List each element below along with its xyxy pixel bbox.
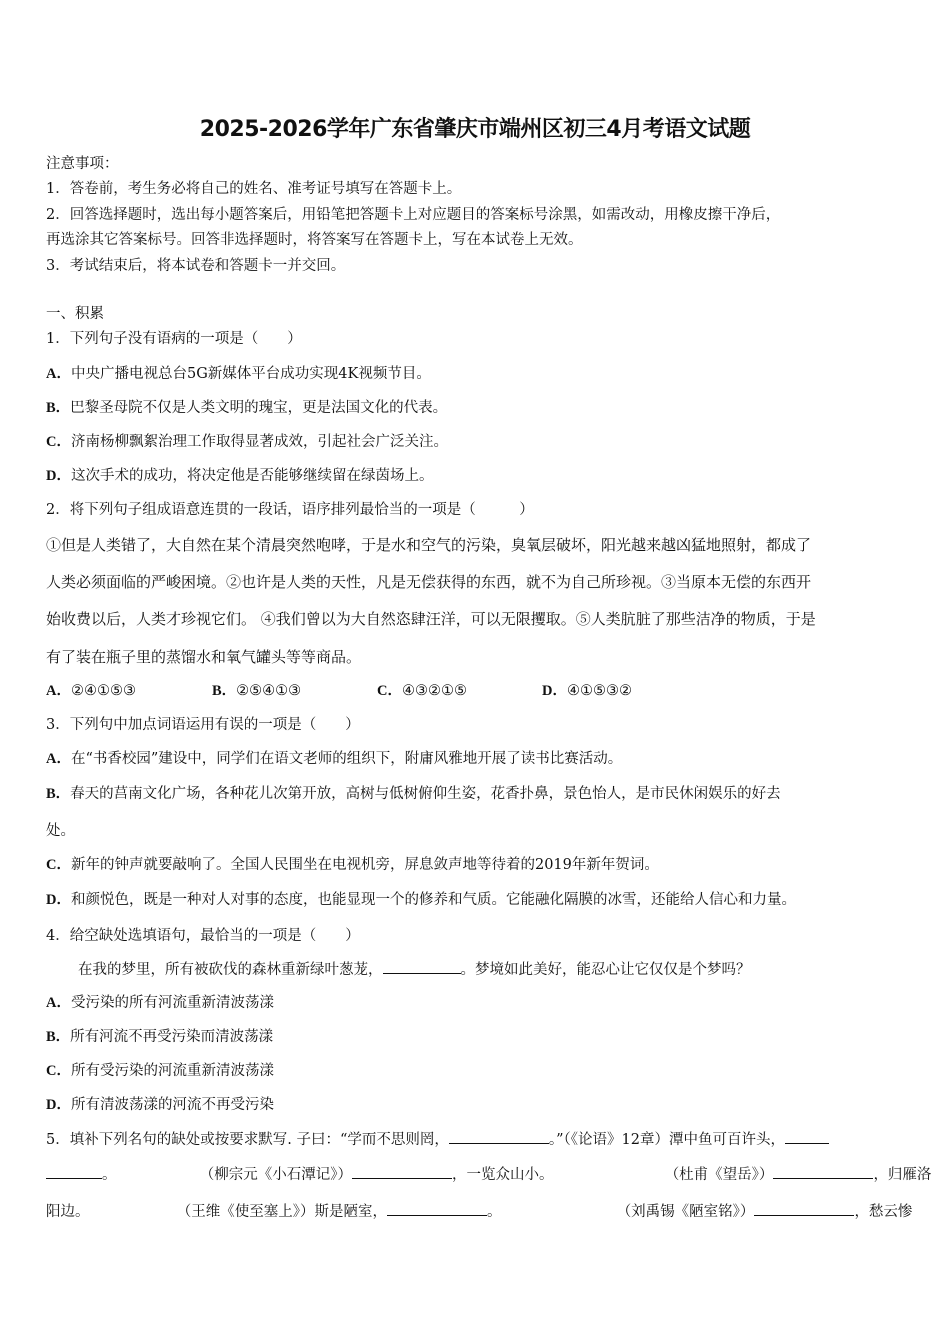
q4-option-b: B．所有河流不再受污染而清波荡漾 xyxy=(46,1025,273,1046)
q4-option-d: D．所有清波荡漾的河流不再受污染 xyxy=(46,1093,274,1114)
q4-blank xyxy=(383,959,461,974)
question-3-stem: 3．下列句中加点词语运用有误的一项是（ ） xyxy=(46,713,360,734)
q1-option-c: C．济南杨柳飘絮治理工作取得显著成效，引起社会广泛关注。 xyxy=(46,430,448,451)
notice-item: 3．考试结束后，将本试卷和答题卡一并交回。 xyxy=(46,254,345,275)
q5-blank xyxy=(46,1164,102,1179)
q2-option-b: B．②⑤④①③ xyxy=(212,679,301,700)
question-4-stem: 4．给空缺处选填语句，最恰当的一项是（ ） xyxy=(46,924,360,945)
q2-option-a: A．②④①⑤③ xyxy=(46,679,136,700)
q2-passage-line: 人类必须面临的严峻困境。②也许是人类的天性，凡是无偿获得的东西，就不为自己所珍视… xyxy=(46,571,811,592)
notice-item: 2．回答选择题时，选出每小题答案后，用铅笔把答题卡上对应题目的答案标号涂黑，如需… xyxy=(46,203,780,224)
question-5-line-3: 阳边。 （王维《使至塞上》）斯是陋室，。 （刘禹锡《陋室铭》），愁云惨 xyxy=(46,1200,912,1221)
notice-item: 再选涂其它答案标号。回答非选择题时，将答案写在答题卡上，写在本试卷上无效。 xyxy=(46,228,583,249)
q1-option-a: A．中央广播电视总台5G新媒体平台成功实现4K视频节目。 xyxy=(46,362,431,383)
q3-option-c: C．新年的钟声就要敲响了。全国人民围坐在电视机旁，屏息敛声地等待着的2019年新… xyxy=(46,853,659,874)
question-5-line-1: 5．填补下列名句的缺处或按要求默写. 子曰：“学而不思则罔，。”（《论语》12章… xyxy=(46,1128,829,1149)
question-5-line-2: 。 （柳宗元《小石潭记》），一览众山小。 （杜甫《望岳》），归雁洛 xyxy=(46,1163,931,1184)
q2-option-c: C．④③②①⑤ xyxy=(377,679,467,700)
q4-option-a: A．受污染的所有河流重新清波荡漾 xyxy=(46,991,274,1012)
q3-option-d: D．和颜悦色，既是一种对人对事的态度，也能显现一个的修养和气质。它能融化隔膜的冰… xyxy=(46,888,796,909)
q5-blank xyxy=(773,1164,873,1179)
q4-passage: 在我的梦里，所有被砍伐的森林重新绿叶葱茏，。梦境如此美好，能忍心让它仅仅是个梦吗… xyxy=(78,958,751,979)
section-heading: 一、积累 xyxy=(46,302,104,323)
q5-blank xyxy=(449,1129,549,1144)
q3-option-b-continued: 处。 xyxy=(46,819,75,840)
q5-blank xyxy=(785,1129,829,1144)
page-title: 2025-2026学年广东省肇庆市端州区初三4月考语文试题 xyxy=(0,112,950,143)
notice-heading: 注意事项： xyxy=(46,152,119,173)
notice-item: 1．答卷前，考生务必将自己的姓名、准考证号填写在答题卡上。 xyxy=(46,177,461,198)
q3-option-a: A．在“书香校园”建设中，同学们在语文老师的组织下，附庸风雅地开展了读书比赛活动… xyxy=(46,747,622,768)
q2-passage-line: 始收费以后，人类才珍视它们。 ④我们曾以为大自然恣肆汪洋，可以无限攫取。⑤人类肮… xyxy=(46,608,816,629)
question-2-stem: 2．将下列句子组成语意连贯的一段话，语序排列最恰当的一项是（ ） xyxy=(46,498,534,519)
q2-passage-line: ①但是人类错了，大自然在某个清晨突然咆哮，于是水和空气的污染，臭氧层破坏，阳光越… xyxy=(46,534,811,555)
q1-option-b: B．巴黎圣母院不仅是人类文明的瑰宝，更是法国文化的代表。 xyxy=(46,396,447,417)
q5-blank xyxy=(352,1164,452,1179)
question-1-stem: 1．下列句子没有语病的一项是（ ） xyxy=(46,327,302,348)
q2-option-d: D．④①⑤③② xyxy=(542,679,632,700)
q4-option-c: C．所有受污染的河流重新清波荡漾 xyxy=(46,1059,274,1080)
q5-blank xyxy=(387,1201,487,1216)
q2-passage-line: 有了装在瓶子里的蒸馏水和氧气罐头等等商品。 xyxy=(46,646,361,667)
q3-option-b: B．春天的莒南文化广场，各种花儿次第开放，高树与低树俯仰生姿，花香扑鼻，景色怡人… xyxy=(46,782,781,803)
q5-blank xyxy=(754,1201,854,1216)
q1-option-d: D．这次手术的成功，将决定他是否能够继续留在绿茵场上。 xyxy=(46,464,433,485)
